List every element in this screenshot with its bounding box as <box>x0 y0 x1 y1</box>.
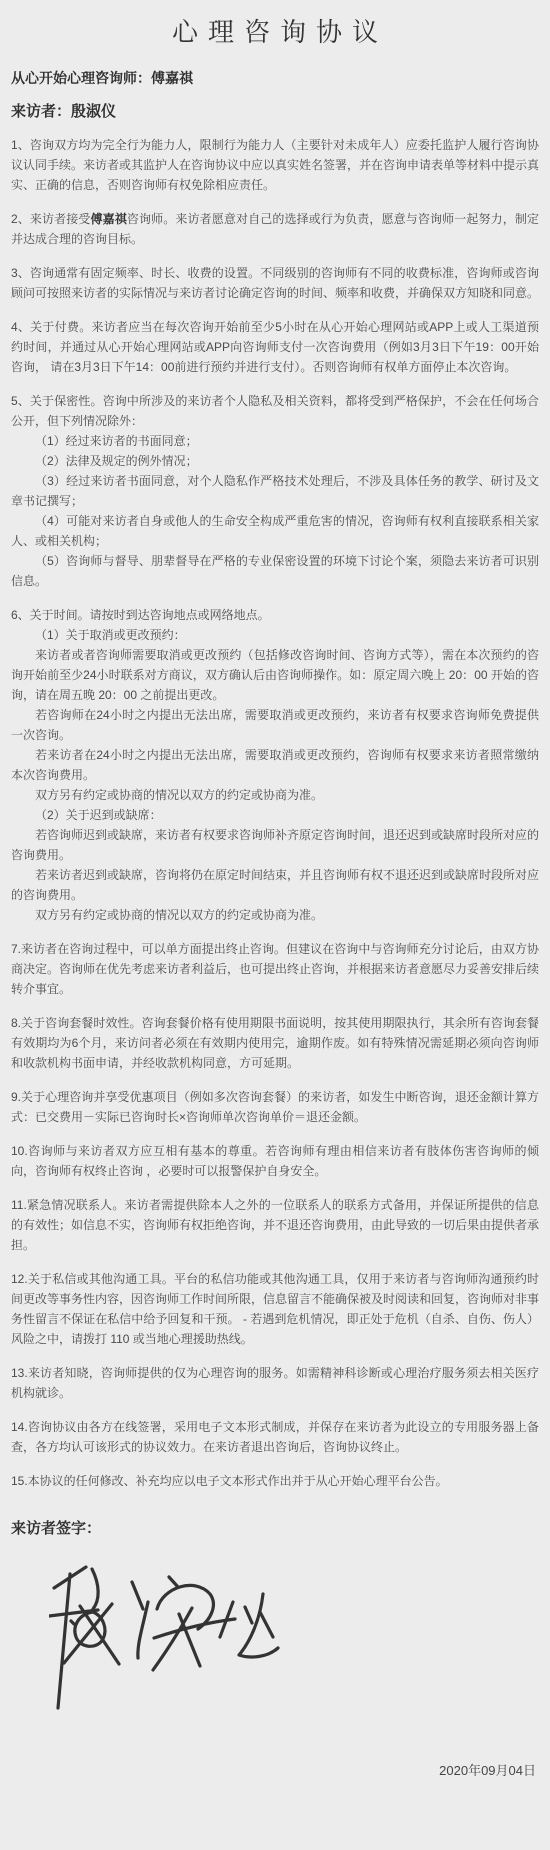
clause-paragraph: 6、关于时间。请按时到达咨询地点或网络地点。 <box>11 605 539 625</box>
clause-paragraph: （5）咨询师与督导、朋辈督导在严格的专业保密设置的环境下讨论个案，须隐去来访者可… <box>11 551 539 591</box>
clause-paragraph: （2）关于迟到或缺席： <box>11 805 539 825</box>
clause-paragraph: 若咨询师迟到或缺席，来访者有权要求咨询师补齐原定咨询时间，退还迟到或缺席时段所对… <box>11 825 539 865</box>
client-label: 来访者： <box>11 103 71 120</box>
clause-paragraph: （3）经过来访者书面同意，对个人隐私作严格技术处理后，不涉及具体任务的教学、研讨… <box>11 471 539 511</box>
clause-paragraph: 7.来访者在咨询过程中，可以单方面提出终止咨询。但建议在咨询中与咨询师充分讨论后… <box>11 939 539 999</box>
clause-paragraph: 11.紧急情况联系人。来访者需提供除本人之外的一位联系人的联系方式备用，并保证所… <box>11 1195 539 1255</box>
clause-paragraph: 13.来访者知晓，咨询师提供的仅为心理咨询的服务。如需精神科诊断或心理治疗服务须… <box>11 1363 539 1403</box>
clause-paragraph: 4、关于付费。来访者应当在每次咨询开始前至少5小时在从心开始心理网站或APP上或… <box>11 317 539 377</box>
clause-paragraph: 9.关于心理咨询并享受优惠项目（例如多次咨询套餐）的来访者，如发生中断咨询，退还… <box>11 1087 539 1127</box>
clause-paragraph: （1）经过来访者的书面同意； <box>11 431 539 451</box>
clause-paragraph: 15.本协议的任何修改、补充均应以电子文本形式作出并于从心开始心理平台公告。 <box>11 1471 539 1491</box>
clause-paragraph: 3、咨询通常有固定频率、时长、收费的设置。不同级别的咨询师有不同的收费标准，咨询… <box>11 263 539 303</box>
handwritten-signature-icon <box>49 1560 289 1710</box>
page-title: 心理咨询协议 <box>11 12 539 49</box>
client-line: 来访者：殷淑仪 <box>11 102 539 121</box>
clause-paragraph: 双方另有约定或协商的情况以双方的约定或协商为准。 <box>11 905 539 925</box>
clause-paragraph: 12.关于私信或其他沟通工具。平台的私信功能或其他沟通工具，仅用于来访者与咨询师… <box>11 1269 539 1349</box>
client-signature <box>49 1560 289 1710</box>
clause-paragraph: 2、来访者接受傅嘉祺咨询师。来访者愿意对自己的选择或行为负责，愿意与咨询师一起努… <box>11 209 539 249</box>
counselor-line: 从心开始心理咨询师：傅嘉祺 <box>11 69 539 87</box>
signature-label: 来访者签字： <box>11 1519 539 1538</box>
clause-paragraph: 1、咨询双方均为完全行为能力人，限制行为能力人（主要针对未成年人）应委托监护人履… <box>11 135 539 195</box>
clause-paragraph: 5、关于保密性。咨询中所涉及的来访者个人隐私及相关资料，都将受到严格保护，不会在… <box>11 391 539 431</box>
clause-paragraph: 若来访者在24小时之内提出无法出席，需要取消或更改预约，咨询师有权要求来访者照常… <box>11 745 539 785</box>
signed-date: 2020年09月04日 <box>11 1762 536 1780</box>
clause-paragraph: 14.咨询协议由各方在线签署，采用电子文本形式制成，并保存在来访者为此设立的专用… <box>11 1417 539 1457</box>
clause-paragraph: （2）法律及规定的例外情况； <box>11 451 539 471</box>
counselor-label: 从心开始心理咨询师： <box>11 70 151 86</box>
clause-paragraph: 来访者或者咨询师需要取消或更改预约（包括修改咨询时间、咨询方式等），需在本次预约… <box>11 645 539 705</box>
clause-paragraph: 双方另有约定或协商的情况以双方的约定或协商为准。 <box>11 785 539 805</box>
clause-paragraph: 若咨询师在24小时之内提出无法出席，需要取消或更改预约，来访者有权要求咨询师免费… <box>11 705 539 745</box>
clause-paragraph: 若来访者迟到或缺席，咨询将仍在原定时间结束，并且咨询师有权不退还迟到或缺席时段所… <box>11 865 539 905</box>
clause-paragraph: （1）关于取消或更改预约： <box>11 625 539 645</box>
counselor-name: 傅嘉祺 <box>151 70 193 86</box>
agreement-clauses: 1、咨询双方均为完全行为能力人，限制行为能力人（主要针对未成年人）应委托监护人履… <box>11 135 539 1491</box>
counselor-name-inline: 傅嘉祺 <box>91 212 127 226</box>
client-name: 殷淑仪 <box>71 103 116 120</box>
agreement-document: 心理咨询协议 从心开始心理咨询师：傅嘉祺 来访者：殷淑仪 1、咨询双方均为完全行… <box>0 0 550 1850</box>
clause-paragraph: 10.咨询师与来访者双方应互相有基本的尊重。若咨询师有理由相信来访者有肢体伤害咨… <box>11 1141 539 1181</box>
clause-paragraph: 8.关于咨询套餐时效性。咨询套餐价格有使用期限书面说明，按其使用期限执行，其余所… <box>11 1013 539 1073</box>
clause-paragraph: （4）可能对来访者自身或他人的生命安全构成严重危害的情况，咨询师有权利直接联系相… <box>11 511 539 551</box>
